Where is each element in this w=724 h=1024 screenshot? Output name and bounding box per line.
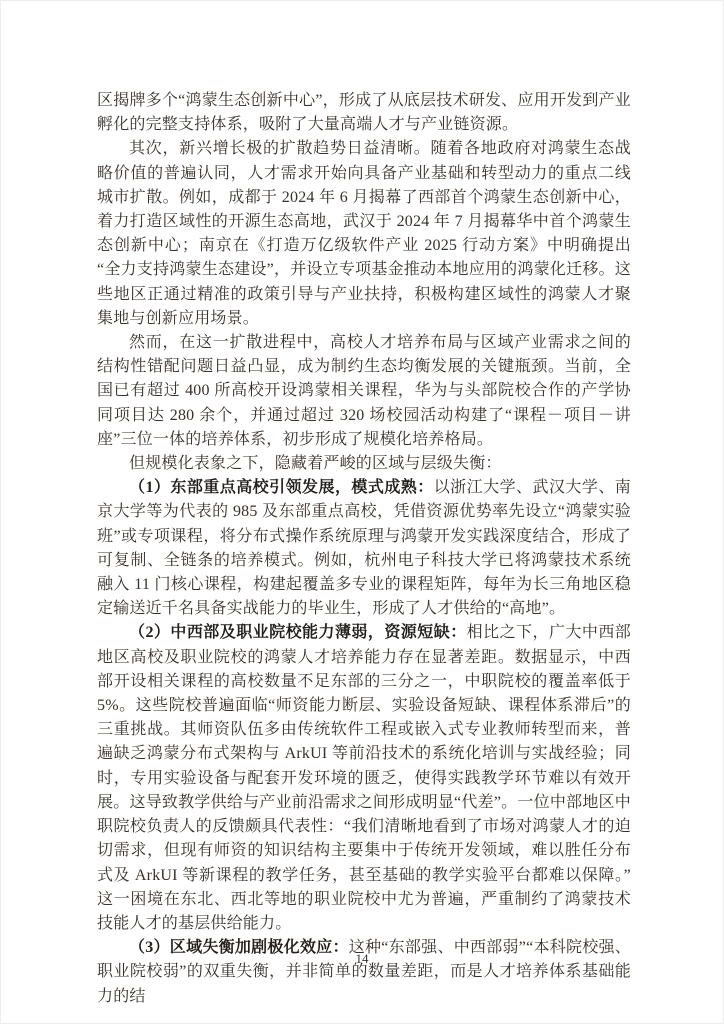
paragraph-text: 但规模化表象之下，隐藏着严峻的区域与层级失衡： [129,455,502,472]
paragraph: 其次，新兴增长极的扩散趋势日益清晰。随着各地政府对鸿蒙生态战略价值的普遍认同，人… [97,137,631,331]
document-page: 区揭牌多个“鸿蒙生态创新中心”，形成了从底层技术研发、应用开发到产业孵化的完整支… [0,0,724,1024]
paragraph-text: 以浙江大学、武汉大学、南京大学等为代表的 985 及东部重点高校，凭借资源优势率… [97,479,631,617]
paragraph: 然而，在这一扩散进程中，高校人才培养布局与区域产业需求之间的结构性错配问题日益凸… [97,331,631,452]
paragraph: 但规模化表象之下，隐藏着严峻的区域与层级失衡： [97,452,631,476]
paragraph: （1）东部重点高校引领发展，模式成熟：以浙江大学、武汉大学、南京大学等为代表的 … [97,476,631,621]
paragraph: （2）中西部及职业院校能力薄弱，资源短缺：相比之下，广大中西部地区高校及职业院校… [97,621,631,936]
page-number: 14 [1,951,723,967]
paragraph-text: 相比之下，广大中西部地区高校及职业院校的鸿蒙人才培养能力存在显著差距。数据显示，… [97,624,631,931]
paragraph-text: 区揭牌多个“鸿蒙生态创新中心”，形成了从底层技术研发、应用开发到产业孵化的完整支… [97,92,631,133]
section-heading-1: （1）东部重点高校引领发展，模式成熟： [129,479,434,496]
page-body-text: 区揭牌多个“鸿蒙生态创新中心”，形成了从底层技术研发、应用开发到产业孵化的完整支… [97,89,631,1009]
paragraph: （3）区域失衡加剧极化效应：这种“东部强、中西部弱”“本科院校强、职业院校弱”的… [97,936,631,1009]
paragraph-text: 然而，在这一扩散进程中，高校人才培养布局与区域产业需求之间的结构性错配问题日益凸… [97,334,631,448]
paragraph: 区揭牌多个“鸿蒙生态创新中心”，形成了从底层技术研发、应用开发到产业孵化的完整支… [97,89,631,137]
paragraph-text: 其次，新兴增长极的扩散趋势日益清晰。随着各地政府对鸿蒙生态战略价值的普遍认同，人… [97,140,631,326]
section-heading-2: （2）中西部及职业院校能力薄弱，资源短缺： [129,624,467,641]
